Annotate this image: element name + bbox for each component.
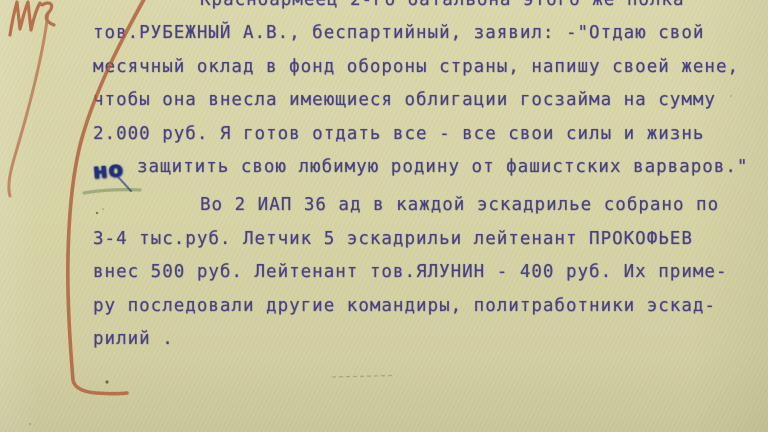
ink-correction-word: но [92,153,126,189]
typed-line-text: защитить свою любимую родину от фашистск… [137,157,748,177]
typed-line: чтобы она внесла имеющиеся облигации гос… [93,84,768,117]
typed-line: ру последовали другие командиры, политра… [93,290,768,323]
typed-text-block: Красноармеец 2-го батальона этого же пол… [93,0,768,356]
faint-dashed-line [332,376,393,378]
red-pencil-handwritten-mark [9,2,54,196]
typed-line: 2.000 руб. Я готов отдать все - все свои… [93,118,768,151]
typed-line: Красноармеец 2-го батальона этого же пол… [93,0,768,17]
typed-line: 3-4 тыс.руб. Летчик 5 эскадрильи лейтена… [93,223,768,256]
typed-line: Во 2 ИАП 36 ад в каждой эскадрилье собра… [93,189,768,222]
typed-line: рилий . [93,323,768,356]
typed-line: тов.РУБЕЖНЫЙ А.В., беспартийный, заявил:… [93,17,768,50]
typed-line: месячный оклад в фонд обороны страны, на… [93,51,768,84]
typed-line: внес 500 руб. Лейтенант тов.ЯЛУНИН - 400… [93,256,768,289]
typed-line-with-ink-correction: но защитить свою любимую родину от фашис… [93,151,768,184]
document-page: Красноармеец 2-го батальона этого же пол… [0,0,768,432]
